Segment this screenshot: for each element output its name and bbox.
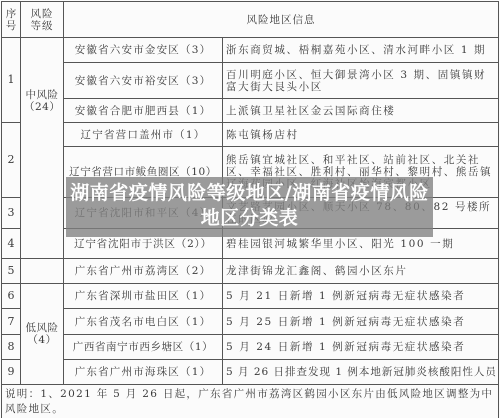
table-row: 9 广东省广州市海珠区（1） 5 月 26 日排查发现 1 例本地新冠肺炎核酸阳… — [2, 360, 499, 385]
overlay-title: 湖南省疫情风险等级地区/湖南省疫情风险地区分类表 — [66, 181, 433, 231]
row-index: 9 — [2, 360, 21, 385]
table-row: 7 广东省茂名市电白区（1） 5 月 25 日新增 1 例新冠病毒无症状感染者 — [2, 309, 499, 335]
risk-level-medium-label: 中风险（24） — [24, 89, 60, 113]
table-header-row: 序号 风险等级 风险地区信息 — [2, 2, 499, 38]
table-row: 1 中风险（24） 安徽省六安市金安区（3） 浙东商贸城、梧桐嘉苑小区、清水河畔… — [2, 38, 499, 63]
table-row: 6 低风险（4） 广东省深圳市盐田区（1） 5 月 21 日新增 1 例新冠病毒… — [2, 284, 499, 309]
risk-level-empty — [21, 259, 64, 284]
risk-level-low: 低风险（4） — [21, 284, 64, 385]
row-area: 广东省深圳市盐田区（1） — [64, 284, 223, 309]
row-info: 陈屯镇杨店村 — [223, 123, 499, 147]
risk-level-medium: 中风险（24） — [21, 38, 64, 259]
row-info: 5 月 21 日新增 1 例新冠病毒无症状感染者 — [223, 284, 499, 309]
table-row: 2 辽宁省营口盖州市（1） 陈屯镇杨店村 — [2, 123, 499, 147]
row-info: 龙津街锦龙汇鑫阁、鹤园小区东片 — [223, 259, 499, 284]
row-index: 3 — [2, 198, 21, 229]
row-index: 5 — [2, 259, 21, 284]
row-area: 辽宁省营口盖州市（1） — [64, 123, 223, 147]
row-index: 2 — [2, 123, 21, 198]
row-area: 广东省广州市荔湾区（2） — [64, 259, 223, 284]
risk-level-low-label: 低风险（4） — [26, 322, 59, 346]
row-area: 广西省南宁市西乡塘区（1） — [64, 335, 223, 360]
row-area: 广东省茂名市电白区（1） — [64, 309, 223, 335]
header-risk-level: 风险等级 — [21, 2, 64, 38]
row-info: 5 月 26 日排查发现 1 例本地新冠肺炎核酸阳性人员 — [223, 360, 499, 385]
document-page: 序号 风险等级 风险地区信息 1 中风险（24） 安徽省六安市金安区（3） 浙东… — [0, 0, 500, 418]
row-info: 上派镇卫星社区金云国际商住楼 — [223, 99, 499, 123]
row-info: 浙东商贸城、梧桐嘉苑小区、清水河畔小区 1 期 — [223, 38, 499, 63]
header-region-info: 风险地区信息 — [64, 2, 499, 38]
row-area: 安徽省六安市金安区（3） — [64, 38, 223, 63]
row-info: 百川明庭小区、恒大御景湾小区 3 期、固镇镇财富大街大艮头小区 — [223, 63, 499, 99]
table-note-row: 说明：1、2021 年 5 月 26 日起，广东省广州市荔湾区鹤园小区东片由低风… — [2, 385, 499, 418]
table-row: 安徽省合肥市肥西县（1） 上派镇卫星社区金云国际商住楼 — [2, 99, 499, 123]
row-info: 5 月 24 日新增 1 例新冠病毒无症状感染者 — [223, 335, 499, 360]
row-index: 8 — [2, 335, 21, 360]
row-info: 5 月 25 日新增 1 例新冠病毒无症状感染者 — [223, 309, 499, 335]
title-overlay-banner: 湖南省疫情风险等级地区/湖南省疫情风险地区分类表 — [66, 177, 433, 237]
row-area: 安徽省六安市裕安区（3） — [64, 63, 223, 99]
row-area: 安徽省合肥市肥西县（1） — [64, 99, 223, 123]
row-index: 4 — [2, 229, 21, 259]
header-index: 序号 — [2, 2, 21, 38]
table-row: 5 广东省广州市荔湾区（2） 龙津街锦龙汇鑫阁、鹤园小区东片 — [2, 259, 499, 284]
row-index: 1 — [2, 38, 21, 123]
row-index: 6 — [2, 284, 21, 309]
table-row: 8 广西省南宁市西乡塘区（1） 5 月 24 日新增 1 例新冠病毒无症状感染者 — [2, 335, 499, 360]
row-index: 7 — [2, 309, 21, 335]
table-note: 说明：1、2021 年 5 月 26 日起，广东省广州市荔湾区鹤园小区东片由低风… — [2, 385, 499, 418]
row-area: 广东省广州市海珠区（1） — [64, 360, 223, 385]
table-row: 安徽省六安市裕安区（3） 百川明庭小区、恒大御景湾小区 3 期、固镇镇财富大街大… — [2, 63, 499, 99]
